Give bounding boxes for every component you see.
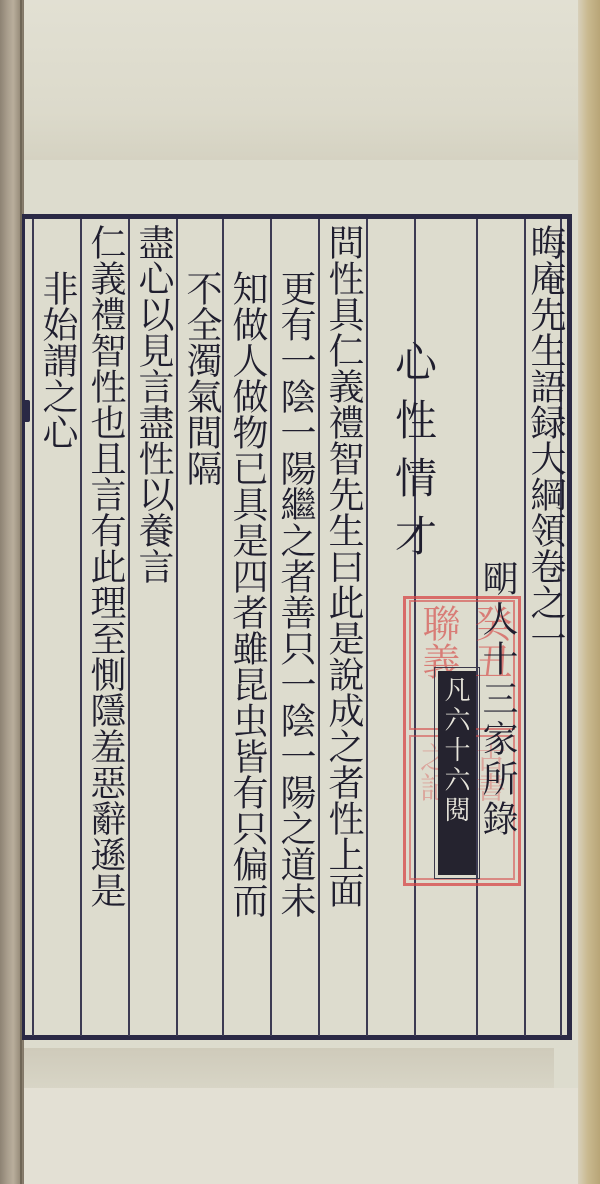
text-column-2: 更有一陰一陽繼之者善只一陰一陽之道未 — [272, 270, 318, 918]
text-column-4: 不全濁氣間隔 — [178, 270, 224, 486]
text-column-3: 知做人做物已具是四者雖昆虫皆有只偏而 — [224, 270, 270, 918]
text-column-6: 仁義禮智性也且言有此理至惻隱羞惡辭遜是 — [82, 224, 128, 908]
compiler-note: 朙人十三家所錄 — [474, 560, 520, 840]
text-column-1: 問性具仁義禮智先生曰此是說成之者性上面 — [320, 224, 366, 908]
upper-margin — [24, 0, 578, 160]
book-title: 晦庵先生語録大綱領卷之一 — [522, 224, 568, 656]
fish-tail-mark — [22, 400, 30, 422]
seal-text-left: 聯義 — [418, 604, 458, 680]
section-title: 心性情才 — [392, 340, 438, 572]
column-rule — [366, 219, 368, 1036]
lower-margin — [24, 1088, 578, 1184]
text-column-7: 非始謂之心 — [34, 270, 80, 450]
reading-count-text: 凡六十六閱 — [438, 676, 472, 826]
text-column-5: 盡心以見言盡性以養言 — [130, 224, 176, 584]
page-right-edge — [578, 0, 600, 1184]
